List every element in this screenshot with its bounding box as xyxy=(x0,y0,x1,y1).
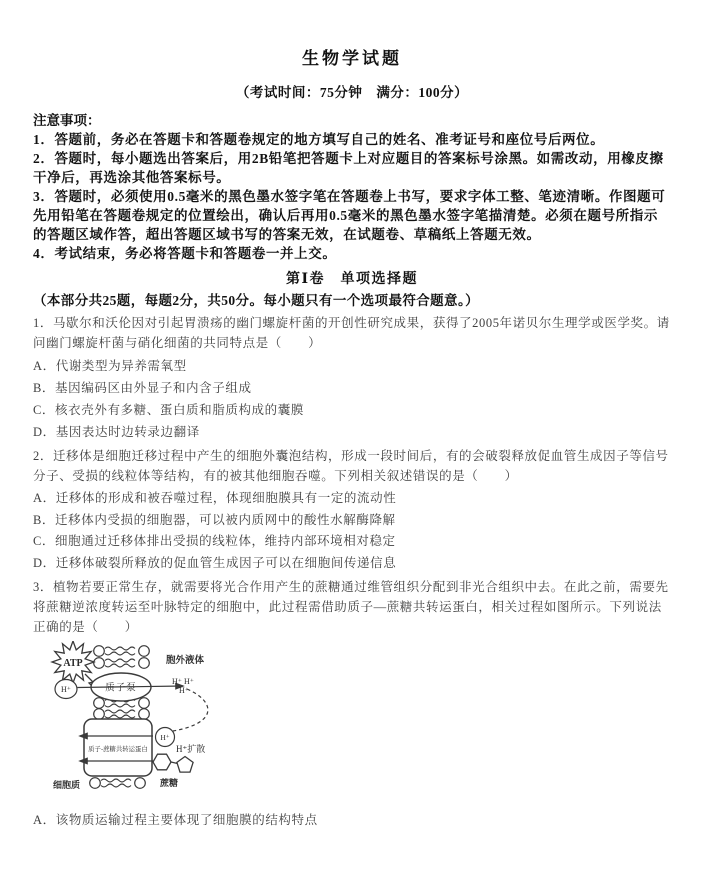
sucrose-molecule-icon xyxy=(153,754,193,772)
question-2-option-b: B．迁移体内受损的细胞器，可以被内质网中的酸性水解酶降解 xyxy=(33,510,671,532)
question-2-option-d: D．迁移体破裂所释放的促血管生成因子可以在细胞间传递信息 xyxy=(33,553,671,575)
exam-page: 生物学试题 （考试时间：75分钟 满分：100分） 注意事项： 1．答题前，务必… xyxy=(0,0,701,877)
h-diffusion-label: H⁺扩散 xyxy=(176,743,205,754)
proton-pump-icon: 质子泵 xyxy=(78,673,184,701)
h-ion-entering-label: H⁺ xyxy=(160,733,169,742)
notice-item-4: 4．考试结束，务必将答题卡和答题卷一并上交。 xyxy=(33,244,671,263)
question-2-option-a: A．迁移体的形成和被吞噬过程，体现细胞膜具有一定的流动性 xyxy=(33,488,671,510)
question-3-stem: 3．植物若要正常生存，就需要将光合作用产生的蔗糖通过维管组织分配到非光合组织中去… xyxy=(33,577,671,637)
notice-item-3: 3．答题时，必须使用0.5毫米的黑色墨水签字笔在答题卷上书写，要求字体工整、笔迹… xyxy=(33,187,671,244)
atp-label: ATP xyxy=(63,658,82,669)
section-heading: 第Ⅰ卷 单项选择题 xyxy=(33,270,671,289)
question-1-option-a: A．代谢类型为异养需氧型 xyxy=(33,355,671,377)
question-2: 2．迁移体是细胞迁移过程中产生的细胞外囊泡结构，形成一段时间后，有的会破裂释放促… xyxy=(33,446,671,574)
question-1: 1．马歇尔和沃伦因对引起胃溃疡的幽门螺旋杆菌的开创性研究成果，获得了2005年诺… xyxy=(33,313,671,443)
lipid-bilayer-lower-icon xyxy=(90,778,146,789)
h-ion-entering-icon: H⁺ xyxy=(156,728,175,747)
cotransporter-icon: 质子-蔗糖共转运蛋白 xyxy=(80,719,153,776)
cotransporter-label: 质子-蔗糖共转运蛋白 xyxy=(88,744,148,753)
membrane-transport-diagram: ATP H⁺ 质子泵 胞外液体 H⁺ H⁺ H⁺ xyxy=(39,641,671,804)
cytoplasm-label: 细胞质 xyxy=(53,779,80,790)
notice-item-2: 2．答题时，每小题选出答案后，用2B铅笔把答题卡上对应题目的答案标号涂黑。如需改… xyxy=(33,149,671,187)
question-1-option-b: B．基因编码区由外显子和内含子组成 xyxy=(33,377,671,399)
h-ions-pumped-label: H⁺ H⁺ xyxy=(172,677,194,686)
h-diffusion-path-icon xyxy=(173,689,208,731)
extracellular-fluid-label: 胞外液体 xyxy=(166,654,205,666)
notice-heading: 注意事项： xyxy=(33,111,671,130)
sucrose-label: 蔗糖 xyxy=(160,777,178,788)
notice-section: 注意事项： 1．答题前，务必在答题卡和答题卷规定的地方填写自己的姓名、准考证号和… xyxy=(33,111,671,263)
page-title: 生物学试题 xyxy=(33,44,671,69)
question-2-stem: 2．迁移体是细胞迁移过程中产生的细胞外囊泡结构，形成一段时间后，有的会破裂释放促… xyxy=(33,446,671,486)
exam-meta: （考试时间：75分钟 满分：100分） xyxy=(33,81,671,101)
h-ion-outside-label: H⁺ xyxy=(61,685,71,694)
section-note: （本部分共25题，每题2分，共50分。每小题只有一个选项最符合题意。） xyxy=(33,291,671,310)
question-3-option-a: A．该物质运输过程主要体现了细胞膜的结构特点 xyxy=(33,810,671,832)
h-ion-outside-icon: H⁺ xyxy=(55,680,77,699)
question-1-option-c: C．核衣壳外有多糖、蛋白质和脂质构成的囊膜 xyxy=(33,399,671,421)
question-3: 3．植物若要正常生存，就需要将光合作用产生的蔗糖通过维管组织分配到非光合组织中去… xyxy=(33,577,671,832)
h-ion-pumped-label: H⁺ xyxy=(179,686,189,695)
question-1-option-d: D．基因表达时边转录边翻译 xyxy=(33,421,671,443)
question-1-stem: 1．马歇尔和沃伦因对引起胃溃疡的幽门螺旋杆菌的开创性研究成果，获得了2005年诺… xyxy=(33,313,671,353)
question-2-option-c: C．细胞通过迁移体排出受损的线粒体，维持内部环境相对稳定 xyxy=(33,531,671,553)
notice-item-1: 1．答题前，务必在答题卡和答题卷规定的地方填写自己的姓名、准考证号和座位号后两位… xyxy=(33,130,671,149)
